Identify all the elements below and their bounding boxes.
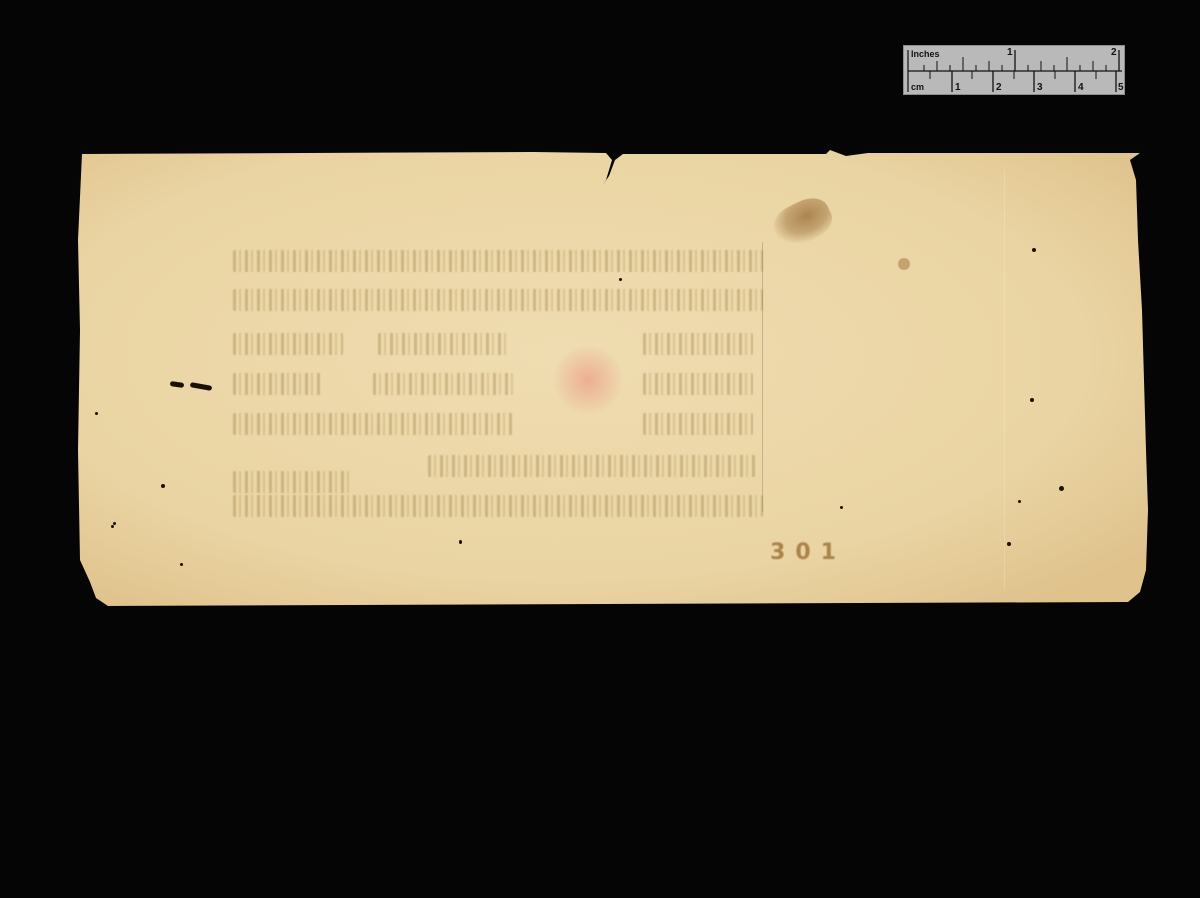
ghost-text-line: [233, 333, 343, 355]
mirrored-print-block: [228, 245, 763, 515]
small-stain: [898, 258, 910, 270]
speck: [180, 563, 183, 566]
paper-note: 3 0 1: [78, 150, 1148, 608]
speck: [459, 540, 462, 544]
serial-digit: 0: [795, 540, 812, 565]
serial-digit: 1: [821, 540, 838, 565]
ghost-text-line: [643, 373, 753, 395]
ruler-inches-label: Inches: [911, 50, 940, 59]
ghost-text-line: [233, 373, 323, 395]
speck: [1018, 500, 1021, 503]
ruler-inch-1: 1: [1007, 48, 1013, 58]
print-frame-edge: [762, 242, 763, 512]
ghost-text-line: [643, 413, 753, 435]
red-seal-show-through: [553, 345, 623, 415]
ruler-inch-2: 2: [1111, 48, 1117, 58]
speck: [113, 522, 116, 525]
speck: [1030, 398, 1034, 402]
ruler-cm-2: 2: [996, 83, 1002, 93]
ghost-text-line: [233, 413, 513, 435]
panel-fold-line: [1004, 170, 1005, 590]
speck: [1007, 542, 1011, 546]
speck: [161, 484, 165, 488]
ghost-text-line: [233, 471, 353, 493]
speck: [619, 278, 622, 281]
ghost-text-line: [428, 455, 758, 477]
serial-number: 3 0 1: [770, 540, 838, 565]
ruler-cm-5: 5: [1118, 83, 1124, 93]
ruler-cm-4: 4: [1078, 83, 1084, 93]
ghost-text-line: [378, 333, 508, 355]
ruler-cm-1: 1: [955, 83, 961, 93]
speck: [111, 525, 114, 528]
ruler-cm-3: 3: [1037, 83, 1043, 93]
ghost-text-line: [233, 495, 763, 517]
ghost-text-line: [643, 333, 753, 355]
speck: [840, 506, 843, 509]
ghost-text-line: [373, 373, 513, 395]
ghost-text-line: [233, 250, 763, 272]
ruler-cm-label: cm: [911, 83, 924, 92]
speck: [1032, 248, 1036, 252]
scale-ruler: Inches cm 1 2 1 2 3 4 5: [903, 45, 1125, 95]
speck: [1059, 486, 1064, 491]
ghost-text-line: [233, 289, 763, 311]
speck: [95, 412, 98, 415]
serial-digit: 3: [770, 540, 787, 565]
